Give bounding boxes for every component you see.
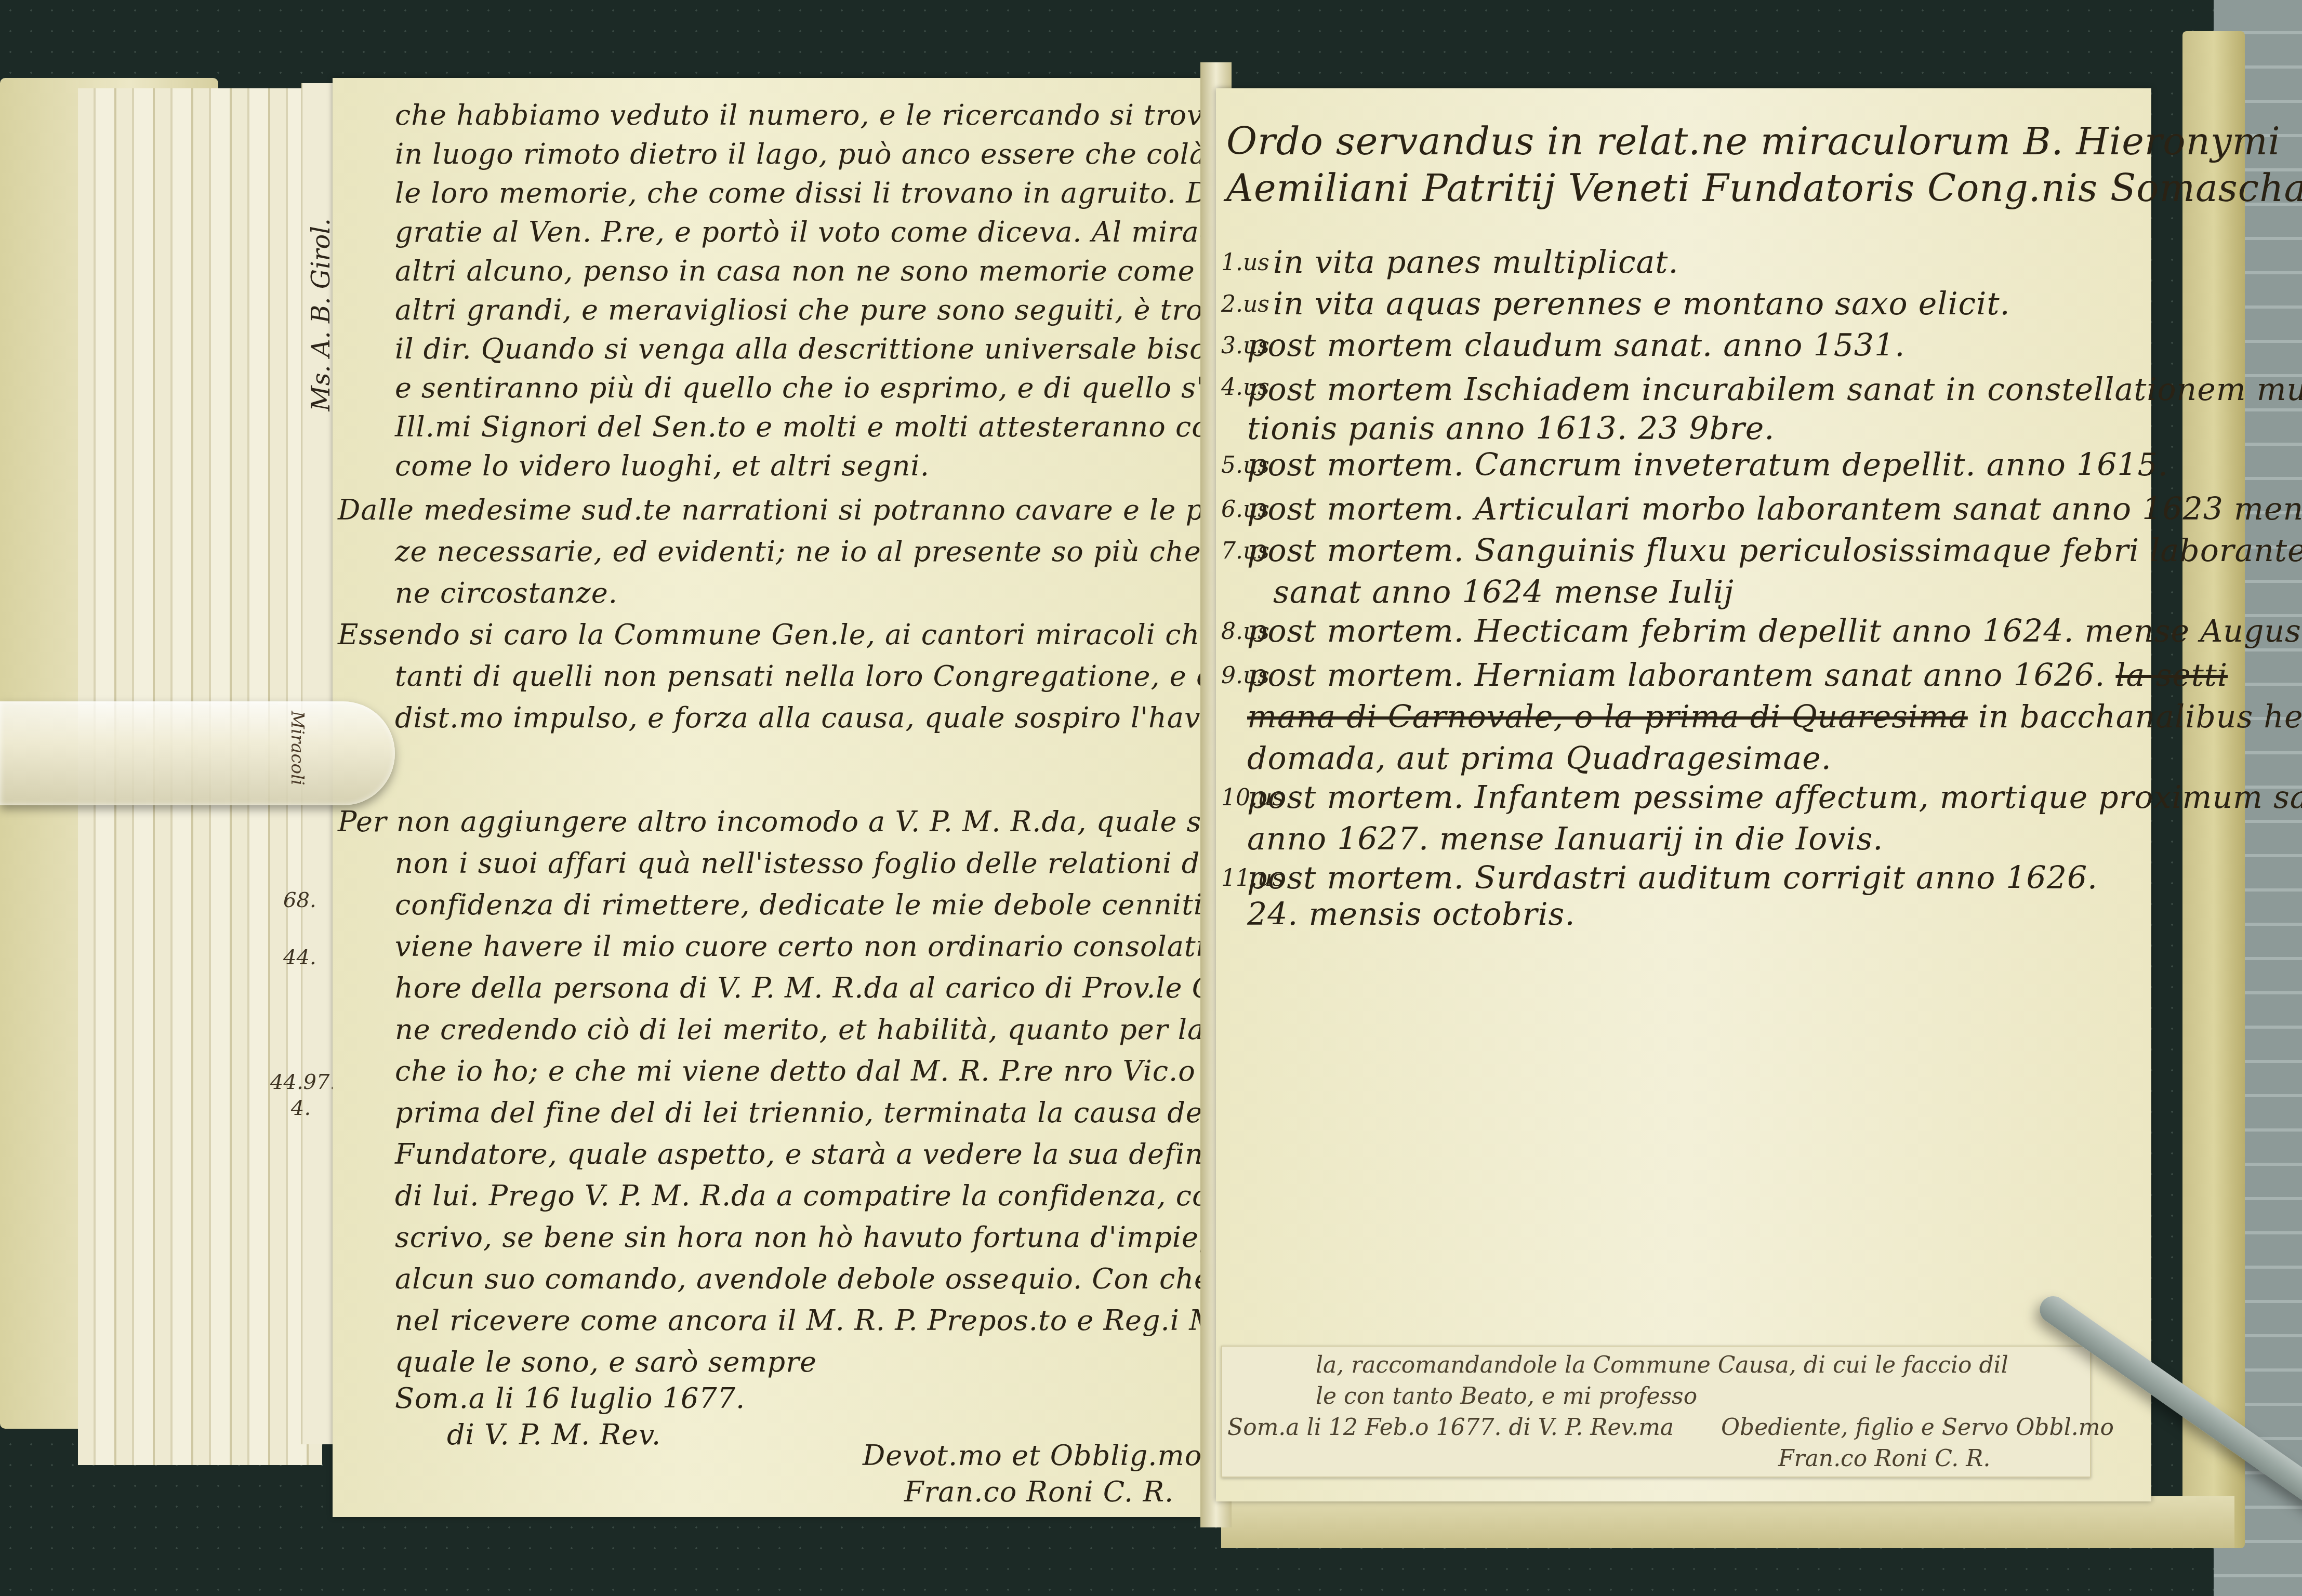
right-page-miracle-list: Ordo servandus in relat.ne miraculorum B… bbox=[1216, 88, 2151, 1501]
entry-line: post mortem claudum sanat. anno 1531. bbox=[1247, 327, 1905, 364]
entry-line: post mortem. Herniam laborantem sanat an… bbox=[1247, 657, 2228, 694]
margin-number: 4. bbox=[291, 1096, 311, 1120]
entry-line: post mortem. Surdastri auditum corrigit … bbox=[1247, 860, 2105, 933]
margin-number: 44.97. bbox=[270, 1070, 336, 1094]
slip-line: le con tanto Beato, e mi professo bbox=[1316, 1383, 1697, 1409]
slip-line: Som.a li 12 Feb.o 1677. di V. P. Rev.ma bbox=[1227, 1414, 1674, 1441]
entry-line: anno 1627. mense Ianuarij in die Iovis. bbox=[1247, 821, 1883, 857]
glass-weight-label: Miracoli bbox=[287, 711, 308, 785]
entry-line: post mortem Ischiadem incurabilem sanat … bbox=[1247, 371, 2302, 408]
margin-number: 68. bbox=[283, 888, 316, 912]
entry-line: post mortem. Articulari morbo laborantem… bbox=[1247, 491, 2302, 527]
letter-line: quale le sono, e sarò sempre bbox=[395, 1346, 817, 1378]
letter-line: il dir. Quando si venga alla descrittion… bbox=[395, 332, 1292, 365]
letter-line: scrivo, se bene sin hora non hò havuto f… bbox=[395, 1221, 1322, 1254]
entry-line: tionis panis anno 1613. 23 9bre. bbox=[1247, 410, 1775, 447]
slip-line: la, raccomandandole la Commune Causa, di… bbox=[1316, 1352, 2008, 1378]
letter-line: altri alcuno, penso in casa non ne sono … bbox=[395, 255, 1317, 287]
struck-text: mana di Carnovale, o la prima di Quaresi… bbox=[1247, 699, 1968, 735]
entry-line: post mortem. Hecticam febrim depellit an… bbox=[1247, 613, 2302, 649]
struck-text: la setti bbox=[2115, 657, 2228, 694]
entry-line: in vita aquas perennes e montano saxo el… bbox=[1273, 286, 2010, 322]
entry-line: sanat anno 1624 mense Iulij bbox=[1273, 574, 1734, 610]
list-heading: Ordo servandus in relat.ne miraculorum B… bbox=[1226, 119, 2281, 163]
entry-ordinal: 1.us bbox=[1221, 249, 1269, 276]
letter-addressee: di V. P. M. Rev. bbox=[447, 1418, 661, 1451]
list-heading: Aemiliani Patritij Veneti Fundatoris Con… bbox=[1226, 166, 2302, 210]
slip-line: Obediente, figlio e Servo Obbl.mo bbox=[1721, 1414, 2114, 1441]
letter-dateline: Som.a li 16 luglio 1677. bbox=[395, 1382, 745, 1415]
conservation-wrapper-bottom bbox=[1221, 1496, 2234, 1548]
glass-weight bbox=[0, 701, 395, 805]
entry-text: in bacchanalibus heb bbox=[1978, 699, 2302, 735]
entry-line: domada, aut prima Quadragesimae. bbox=[1247, 740, 1832, 777]
entry-line: in vita panes multiplicat. bbox=[1273, 244, 1679, 281]
letter-line: come lo videro luoghi, et altri segni. bbox=[395, 449, 930, 482]
spine-label: Ms. A. B. Girol. bbox=[307, 218, 336, 411]
entry-line: post mortem. Infantem pessime affectum, … bbox=[1247, 779, 2302, 816]
entry-line: mana di Carnovale, o la prima di Quaresi… bbox=[1247, 699, 2302, 735]
entry-text: post mortem. Herniam laborantem sanat an… bbox=[1247, 657, 2105, 694]
letter-line: ne circostanze. bbox=[395, 577, 618, 609]
entry-line: post mortem. Sanguinis fluxu periculosis… bbox=[1247, 533, 2302, 569]
letter-signature: Fran.co Roni C. R. bbox=[904, 1475, 1174, 1508]
letter-line: non i suoi affari quà nell'istesso fogli… bbox=[395, 847, 1308, 880]
entry-line: post mortem. Cancrum inveteratum depelli… bbox=[1247, 447, 2168, 483]
slip-signature: Fran.co Roni C. R. bbox=[1778, 1445, 1990, 1472]
margin-number: 44. bbox=[283, 946, 316, 969]
entry-ordinal: 2.us bbox=[1221, 291, 1269, 317]
left-page-letter: che habbiamo veduto il numero, e le rice… bbox=[333, 78, 1211, 1517]
pasted-slip: la, raccomandandole la Commune Causa, di… bbox=[1221, 1346, 2091, 1478]
